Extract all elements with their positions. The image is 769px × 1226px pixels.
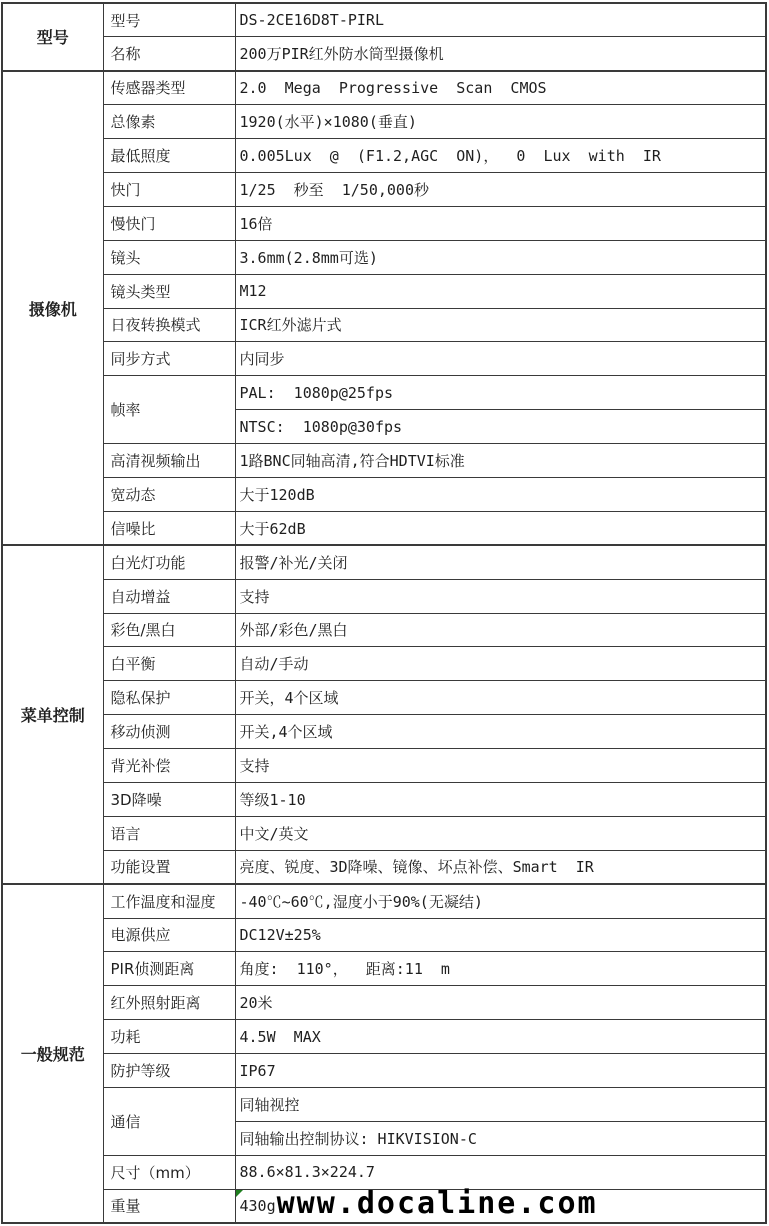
table-row: 尺寸（mm）88.6×81.3×224.7 [2,1155,766,1189]
spec-value: 16倍 [240,215,273,233]
spec-value-cell: 0.005Lux @ (F1.2,AGC ON)， 0 Lux with IR [235,139,766,173]
category-cell: 型号 [2,3,103,71]
category-cell: 一般规范 [2,884,103,1223]
spec-label-cell: 传感器类型 [103,71,235,105]
spec-value: 中文/英文 [240,825,309,843]
spec-value-cell: 同轴视控 [235,1088,766,1122]
spec-label-cell: 镜头 [103,240,235,274]
category-cell: 菜单控制 [2,545,103,884]
spec-value-cell: ICR红外滤片式 [235,308,766,342]
spec-value-cell: 3.6mm(2.8mm可选) [235,240,766,274]
spec-value-cell: 同轴输出控制协议: HIKVISION-C [235,1121,766,1155]
spec-label-cell: 白平衡 [103,647,235,681]
spec-label-cell: 宽动态 [103,477,235,511]
spec-label: 红外照射距离 [111,994,201,1012]
spec-value-cell: 自动/手动 [235,647,766,681]
spec-value: DS-2CE16D8T-PIRL [240,11,385,29]
table-row: 彩色/黑白外部/彩色/黑白 [2,613,766,647]
spec-label-cell: 最低照度 [103,139,235,173]
spec-value-cell: IP67 [235,1054,766,1088]
spec-label-cell: 通信 [103,1088,235,1156]
table-row: 菜单控制白光灯功能报警/补光/关闭 [2,545,766,579]
spec-value-cell: 开关，4个区域 [235,681,766,715]
spec-value-cell: 200万PIR红外防水筒型摄像机 [235,37,766,71]
spec-label: 型号 [111,12,141,30]
table-row: 防护等级IP67 [2,1054,766,1088]
spec-value-cell: 大于62dB [235,511,766,545]
spec-value-cell: 外部/彩色/黑白 [235,613,766,647]
table-row: 摄像机传感器类型2.0 Mega Progressive Scan CMOS [2,71,766,105]
spec-label-cell: 高清视频输出 [103,444,235,478]
spec-label: 帧率 [111,401,141,419]
table-row: 总像素1920(水平)×1080(垂直) [2,105,766,139]
spec-value: 亮度、锐度、3D降噪、镜像、坏点补偿、Smart IR [240,858,594,876]
category-cell: 摄像机 [2,71,103,545]
spec-label-cell: 名称 [103,37,235,71]
spec-label-cell: PIR侦测距离 [103,952,235,986]
spec-label: 白平衡 [111,655,156,673]
spec-value: 88.6×81.3×224.7 [240,1163,375,1181]
spec-value: 430g [240,1197,276,1215]
spec-value-cell: 支持 [235,749,766,783]
table-row: 3D降噪等级1-10 [2,782,766,816]
spec-label: 传感器类型 [111,79,186,97]
table-row: 名称200万PIR红外防水筒型摄像机 [2,37,766,71]
watermark-text: www.docaline.com [277,1189,598,1219]
spec-label: 通信 [111,1113,141,1131]
table-row: 隐私保护开关，4个区域 [2,681,766,715]
spec-value: 支持 [240,757,270,775]
spec-label: 自动增益 [111,588,171,606]
spec-value-cell: 1路BNC同轴高清,符合HDTVI标准 [235,444,766,478]
spec-value: 开关，4个区域 [240,689,339,707]
spec-sheet: 型号型号DS-2CE16D8T-PIRL名称200万PIR红外防水筒型摄像机摄像… [0,0,769,1226]
cell-corner-marker-icon [236,1190,243,1197]
spec-label-cell: 功能设置 [103,850,235,884]
spec-label-cell: 镜头类型 [103,274,235,308]
table-row: 一般规范工作温度和湿度-40℃~60℃,湿度小于90%(无凝结) [2,884,766,918]
table-row: 慢快门16倍 [2,206,766,240]
table-row: 自动增益支持 [2,579,766,613]
spec-value-cell: -40℃~60℃,湿度小于90%(无凝结) [235,884,766,918]
table-row: 重量430gwww.docaline.com [2,1189,766,1223]
spec-label: 工作温度和湿度 [111,893,216,911]
spec-value: 200万PIR红外防水筒型摄像机 [240,45,444,63]
spec-label: 高清视频输出 [111,452,201,470]
spec-label-cell: 型号 [103,3,235,37]
weight-value-line: 430gwww.docaline.com [240,1191,762,1221]
spec-label: 镜头 [111,249,141,267]
table-row: 通信同轴视控 [2,1088,766,1122]
spec-label-cell: 重量 [103,1189,235,1223]
spec-label: 白光灯功能 [111,554,186,572]
spec-value-cell: 报警/补光/关闭 [235,545,766,579]
spec-label-cell: 工作温度和湿度 [103,884,235,918]
table-row: 日夜转换模式ICR红外滤片式 [2,308,766,342]
spec-value-cell: 88.6×81.3×224.7 [235,1155,766,1189]
spec-value: 大于120dB [240,486,315,504]
spec-label-cell: 总像素 [103,105,235,139]
spec-label: 防护等级 [111,1062,171,1080]
spec-value-cell: 等级1-10 [235,782,766,816]
spec-value-cell: 4.5W MAX [235,1020,766,1054]
spec-label: 最低照度 [111,147,171,165]
spec-label-cell: 尺寸（mm） [103,1155,235,1189]
spec-label: 彩色/黑白 [111,621,176,639]
spec-value-cell: 内同步 [235,342,766,376]
table-row: 最低照度0.005Lux @ (F1.2,AGC ON)， 0 Lux with… [2,139,766,173]
spec-value-cell: M12 [235,274,766,308]
spec-label: 电源供应 [111,926,171,944]
spec-label: 背光补偿 [111,757,171,775]
table-row: 电源供应DC12V±25% [2,918,766,952]
spec-label-cell: 防护等级 [103,1054,235,1088]
spec-label-cell: 日夜转换模式 [103,308,235,342]
spec-label: 信噪比 [111,520,156,538]
spec-value: 等级1-10 [240,791,306,809]
spec-table-body: 型号型号DS-2CE16D8T-PIRL名称200万PIR红外防水筒型摄像机摄像… [2,3,766,1223]
table-row: 红外照射距离20米 [2,986,766,1020]
spec-value: 同轴视控 [240,1096,300,1114]
spec-label-cell: 背光补偿 [103,749,235,783]
spec-label: 3D降噪 [111,791,162,809]
spec-value: 1920(水平)×1080(垂直) [240,113,417,131]
spec-label: 功耗 [111,1028,141,1046]
spec-label: 名称 [111,45,141,63]
spec-label: 慢快门 [111,215,156,233]
table-row: 同步方式内同步 [2,342,766,376]
spec-label: 移动侦测 [111,723,171,741]
spec-value-cell: 中文/英文 [235,816,766,850]
spec-label-cell: 帧率 [103,376,235,444]
spec-value: 外部/彩色/黑白 [240,621,348,639]
spec-label-cell: 慢快门 [103,206,235,240]
spec-value-cell: 大于120dB [235,477,766,511]
spec-label-cell: 信噪比 [103,511,235,545]
spec-value: ICR红外滤片式 [240,316,342,334]
spec-label-cell: 电源供应 [103,918,235,952]
spec-label-cell: 白光灯功能 [103,545,235,579]
spec-label: 日夜转换模式 [111,316,201,334]
table-row: 宽动态大于120dB [2,477,766,511]
spec-value: NTSC: 1080p@30fps [240,418,403,436]
spec-value: -40℃~60℃,湿度小于90%(无凝结) [240,893,483,911]
spec-value-cell: 1920(水平)×1080(垂直) [235,105,766,139]
spec-label: 功能设置 [111,858,171,876]
spec-label-cell: 3D降噪 [103,782,235,816]
spec-value: 支持 [240,588,270,606]
spec-label-cell: 彩色/黑白 [103,613,235,647]
table-row: 信噪比大于62dB [2,511,766,545]
spec-value: 大于62dB [240,520,306,538]
spec-label: 尺寸（mm） [111,1164,200,1182]
spec-label: 快门 [111,181,141,199]
table-row: 快门1/25 秒至 1/50,000秒 [2,172,766,206]
spec-label-cell: 快门 [103,172,235,206]
spec-value: M12 [240,282,267,300]
table-row: 镜头3.6mm(2.8mm可选) [2,240,766,274]
spec-value: PAL: 1080p@25fps [240,384,394,402]
spec-value: 开关,4个区域 [240,723,333,741]
spec-value-cell: PAL: 1080p@25fps [235,376,766,410]
spec-value: 4.5W MAX [240,1028,321,1046]
spec-label: 重量 [111,1197,141,1215]
spec-value-cell: NTSC: 1080p@30fps [235,410,766,444]
spec-value-cell: DC12V±25% [235,918,766,952]
spec-value: 报警/补光/关闭 [240,554,348,572]
table-row: PIR侦测距离角度: 110°， 距离:11 m [2,952,766,986]
spec-label: 同步方式 [111,350,171,368]
table-row: 功耗4.5W MAX [2,1020,766,1054]
spec-value: 同轴输出控制协议: HIKVISION-C [240,1130,477,1148]
spec-label: 隐私保护 [111,689,171,707]
spec-label-cell: 同步方式 [103,342,235,376]
spec-value: 内同步 [240,350,285,368]
spec-value-cell: 角度: 110°， 距离:11 m [235,952,766,986]
spec-value-cell: 亮度、锐度、3D降噪、镜像、坏点补偿、Smart IR [235,850,766,884]
table-row: 功能设置亮度、锐度、3D降噪、镜像、坏点补偿、Smart IR [2,850,766,884]
spec-label: 宽动态 [111,486,156,504]
spec-value-cell: DS-2CE16D8T-PIRL [235,3,766,37]
spec-label-cell: 自动增益 [103,579,235,613]
spec-value-cell: 支持 [235,579,766,613]
spec-value-cell: 开关,4个区域 [235,715,766,749]
spec-value: 1/25 秒至 1/50,000秒 [240,181,430,199]
table-row: 帧率PAL: 1080p@25fps [2,376,766,410]
spec-label-cell: 隐私保护 [103,681,235,715]
spec-label: 镜头类型 [111,283,171,301]
spec-label-cell: 功耗 [103,1020,235,1054]
spec-label: 语言 [111,825,141,843]
spec-value-cell: 2.0 Mega Progressive Scan CMOS [235,71,766,105]
spec-value: 自动/手动 [240,655,309,673]
spec-value-cell: 20米 [235,986,766,1020]
spec-value: 0.005Lux @ (F1.2,AGC ON)， 0 Lux with IR [240,147,661,165]
spec-value: 3.6mm(2.8mm可选) [240,249,378,267]
table-row: 型号型号DS-2CE16D8T-PIRL [2,3,766,37]
spec-value: 1路BNC同轴高清,符合HDTVI标准 [240,452,465,470]
spec-label-cell: 移动侦测 [103,715,235,749]
spec-value: 2.0 Mega Progressive Scan CMOS [240,79,547,97]
spec-value: 20米 [240,994,273,1012]
table-row: 高清视频输出1路BNC同轴高清,符合HDTVI标准 [2,444,766,478]
table-row: 白平衡自动/手动 [2,647,766,681]
spec-value-cell: 16倍 [235,206,766,240]
spec-label-cell: 语言 [103,816,235,850]
spec-label: PIR侦测距离 [111,960,195,978]
spec-label: 总像素 [111,113,156,131]
spec-value: IP67 [240,1062,276,1080]
table-row: 镜头类型M12 [2,274,766,308]
spec-value: 角度: 110°， 距离:11 m [240,960,450,978]
spec-value-cell: 1/25 秒至 1/50,000秒 [235,172,766,206]
spec-value-cell: 430gwww.docaline.com [235,1189,766,1223]
table-row: 背光补偿支持 [2,749,766,783]
table-row: 语言中文/英文 [2,816,766,850]
table-row: 移动侦测开关,4个区域 [2,715,766,749]
spec-label-cell: 红外照射距离 [103,986,235,1020]
spec-table: 型号型号DS-2CE16D8T-PIRL名称200万PIR红外防水筒型摄像机摄像… [1,2,767,1224]
spec-value: DC12V±25% [240,926,321,944]
